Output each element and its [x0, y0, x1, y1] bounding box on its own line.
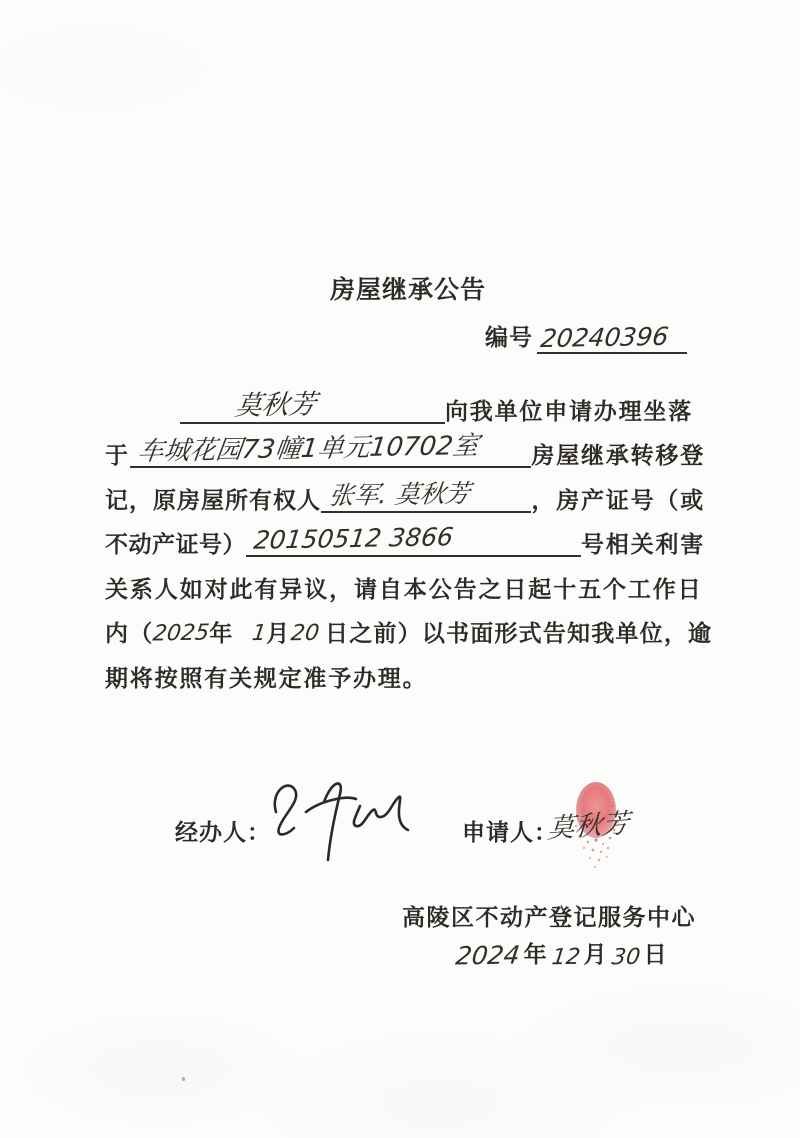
property-address-handwriting: 车城花园73幢1单元10702室	[136, 432, 481, 468]
page-title: 房屋继承公告	[330, 270, 486, 306]
applicant-name-handwriting: 莫秋芳	[233, 389, 318, 421]
body-line-3: 记，原房屋所有权人 张军. 莫秋芳 ，房产证号（或	[105, 477, 705, 513]
deadline-day-handwriting: 20	[289, 620, 320, 646]
body-line-6-prefix: 内（	[105, 620, 153, 646]
body-line-4-suffix: 号相关利害	[581, 531, 705, 557]
handler-label: 经办人：	[175, 814, 271, 847]
applicant-label: 申请人：	[462, 814, 558, 847]
original-owners-handwriting: 张军. 莫秋芳	[327, 480, 472, 511]
document-number-value: 20240396	[539, 322, 670, 353]
date-year-handwriting: 2024	[454, 940, 521, 970]
body-line-2-suffix: 房屋继承转移登	[531, 442, 705, 468]
org-name: 高陵区不动产登记服务中心	[402, 899, 696, 932]
original-owners-blank: 张军. 莫秋芳	[321, 475, 531, 513]
handler-signature-image	[260, 770, 415, 865]
date-year-label: 年	[524, 936, 548, 970]
deadline-month-handwriting: 1	[251, 621, 268, 647]
document-number-row: 编号 20240396	[485, 322, 687, 354]
body-line-4: 不动产证号） 20150512 3866 号相关利害	[105, 521, 705, 557]
date-day-label: 日	[644, 936, 668, 970]
property-address-blank: 车城花园73幢1单元10702室	[130, 430, 532, 468]
body-line-3-prefix: 记，原房屋所有权人	[105, 487, 321, 513]
body-line-1-text: 向我单位申请办理坐落	[445, 398, 693, 424]
applicant-signature-handwriting: 莫秋芳	[546, 801, 630, 846]
body-line-2-prefix: 于	[105, 442, 130, 468]
body-line-5: 关系人如对此有异议，请自本公告之日起十五个工作日	[105, 566, 705, 602]
document-number-underline: 20240396	[537, 320, 687, 354]
body-line-7-text: 期将按照有关规定准予办理。	[105, 665, 427, 691]
certificate-number-blank: 20150512 3866	[246, 519, 581, 557]
body-line-5-text: 关系人如对此有异议，请自本公告之日起十五个工作日	[105, 576, 703, 602]
certificate-number-handwriting: 20150512 3866	[252, 524, 455, 556]
document-number-label: 编号	[485, 319, 533, 354]
body-line-2: 于 车城花园73幢1单元10702室 房屋继承转移登	[105, 432, 705, 468]
body-line-6: 内（ 2025 年 1 月 20 日之前）以书面形式告知我单位，逾	[105, 610, 705, 646]
date-month-handwriting: 12	[550, 945, 581, 970]
month-label: 月	[266, 620, 291, 646]
body-line-6-suffix: 日之前）以书面形式告知我单位，逾	[325, 620, 712, 646]
body-line-1: 莫秋芳 向我单位申请办理坐落	[105, 388, 705, 424]
applicant-signature-block: 莫秋芳	[548, 778, 658, 878]
scan-noise-speck	[182, 1077, 185, 1081]
applicant-name-blank: 莫秋芳	[180, 386, 445, 424]
date-row: 2024 年 12 月 30 日	[452, 936, 668, 970]
body-line-4-prefix: 不动产证号）	[105, 531, 246, 557]
deadline-year-handwriting: 2025	[152, 620, 211, 646]
body-line-3-suffix: ，房产证号（或	[531, 487, 705, 513]
date-month-label: 月	[584, 936, 608, 970]
body-line-7: 期将按照有关规定准予办理。	[105, 655, 705, 691]
year-label: 年	[209, 620, 234, 646]
handwritten-signature-icon	[260, 770, 415, 865]
date-day-handwriting: 30	[610, 945, 641, 970]
